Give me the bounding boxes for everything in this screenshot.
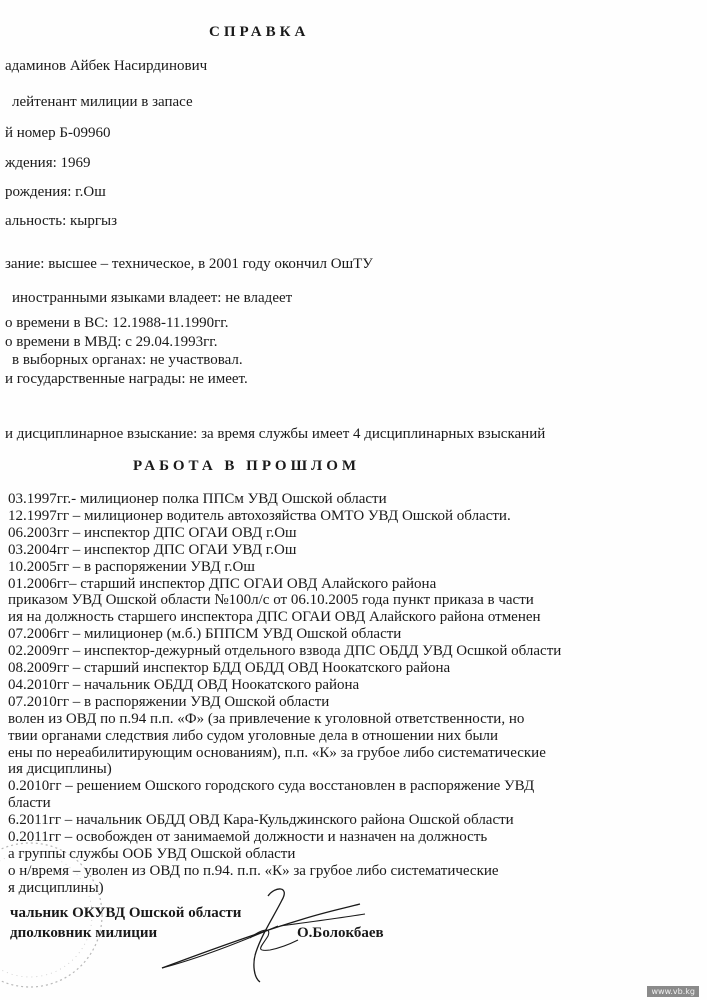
work-history-line: бласти: [8, 795, 51, 812]
work-history-line: 0.2010гг – решением Ошского городского с…: [8, 778, 534, 795]
work-history-line: 08.2009гг – старший инспектор БДД ОБДД О…: [8, 660, 450, 677]
work-history-line: 03.2004гг – инспектор ДПС ОГАИ УВД г.Ош: [8, 542, 296, 559]
signer-position-line2: дполковник милиции: [10, 923, 241, 943]
work-history-line: 03.1997гг.- милиционер полка ППСм УВД Ош…: [8, 491, 387, 508]
personal-info-line: альность: кыргыз: [5, 213, 117, 230]
watermark: www.vb.kg: [647, 986, 699, 997]
work-history-line: приказом УВД Ошской области №100л/с от 0…: [8, 592, 534, 609]
document-title: СПРАВКА: [209, 24, 309, 41]
work-history-line: 10.2005гг – в распоряжении УВД г.Ош: [8, 559, 255, 576]
work-history-line: 07.2006гг – милиционер (м.б.) БППСМ УВД …: [8, 626, 401, 643]
work-history-line: ены по нереабилитирующим основаниям), п.…: [8, 745, 546, 762]
section-title-work-history: РАБОТА В ПРОШЛОМ: [133, 458, 360, 475]
work-history-line: 02.2009гг – инспектор-дежурный отдельног…: [8, 643, 561, 660]
personal-info-line: рождения: г.Ош: [5, 184, 106, 201]
personal-info-line: адаминов Айбек Насирдинович: [5, 58, 207, 75]
signature-block: чальник ОКУВД Ошской области дполковник …: [10, 903, 241, 943]
personal-info-line: о времени в ВС: 12.1988-11.1990гг.: [5, 315, 229, 332]
work-history-line: 06.2003гг – инспектор ДПС ОГАИ ОВД г.Ош: [8, 525, 297, 542]
personal-info-line: й номер Б-09960: [5, 125, 111, 142]
personal-info-line: зание: высшее – техническое, в 2001 году…: [5, 256, 373, 273]
work-history-line: ия на должность старшего инспектора ДПС …: [8, 609, 541, 626]
personal-info-line: и дисциплинарное взыскание: за время слу…: [5, 426, 545, 443]
work-history-line: 01.2006гг– старший инспектор ДПС ОГАИ ОВ…: [8, 576, 436, 593]
personal-info-line: лейтенант милиции в запасе: [12, 94, 193, 111]
work-history-line: ия дисциплины): [8, 761, 112, 778]
signer-position-line1: чальник ОКУВД Ошской области: [10, 903, 241, 923]
signer-name: О.Болокбаев: [297, 925, 384, 942]
personal-info-line: о времени в МВД: с 29.04.1993гг.: [5, 334, 217, 351]
work-history-line: волен из ОВД по п.94 п.п. «Ф» (за привле…: [8, 711, 524, 728]
personal-info-line: в выборных органах: не участвовал.: [12, 352, 243, 369]
work-history-line: 07.2010гг – в распоряжении УВД Ошской об…: [8, 694, 329, 711]
work-history-line: твии органами следствия либо судом уголо…: [8, 728, 498, 745]
personal-info-line: иностранными языками владеет: не владеет: [12, 290, 292, 307]
work-history-line: 6.2011гг – начальник ОБДД ОВД Кара-Кульд…: [8, 812, 514, 829]
personal-info-line: и государственные награды: не имеет.: [5, 371, 248, 388]
work-history-line: 12.1997гг – милиционер водитель автохозя…: [8, 508, 511, 525]
work-history-line: 04.2010гг – начальник ОБДД ОВД Ноокатско…: [8, 677, 359, 694]
document-page: СПРАВКА адаминов Айбек Насирдиновичлейте…: [0, 0, 707, 1000]
personal-info-line: ждения: 1969: [5, 155, 91, 172]
